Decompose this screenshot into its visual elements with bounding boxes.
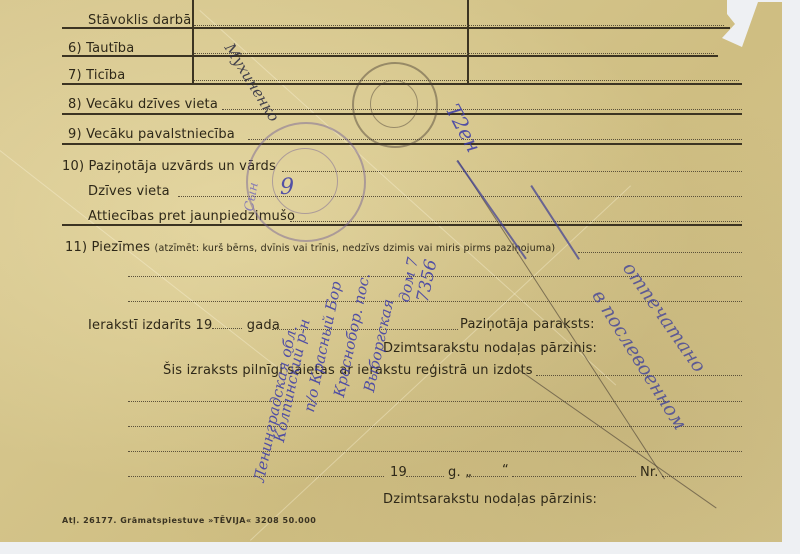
field-dots bbox=[290, 221, 742, 222]
field-dots bbox=[128, 451, 742, 452]
record-made-year: gada bbox=[247, 318, 280, 333]
rule-line bbox=[62, 27, 730, 29]
handwritten-number: 9 bbox=[280, 175, 294, 200]
field-dots bbox=[194, 25, 724, 26]
label-date-quote: “ bbox=[502, 463, 509, 478]
label-parents-residence: 8) Vecāku dzīves vieta bbox=[68, 97, 218, 112]
label-employment-status: Stāvoklis darbā bbox=[88, 13, 191, 28]
field-dots bbox=[578, 252, 742, 253]
column-divider bbox=[467, 0, 469, 84]
label-residence: Dzīves vieta bbox=[88, 184, 170, 199]
record-made-text: Ierakstī izdarīts 19 bbox=[88, 318, 212, 333]
field-dots bbox=[512, 476, 636, 477]
label-date-g: g. „ bbox=[448, 465, 472, 480]
label-notes: 11) Piezīmes (atzīmēt: kurš bērns, dvīni… bbox=[65, 240, 555, 255]
postal-stamp-inner bbox=[370, 80, 418, 128]
label-informant-signature: Paziņotāja paraksts: bbox=[460, 317, 595, 332]
label-parents-citizenship: 9) Vecāku pavalstniecība bbox=[68, 127, 235, 142]
notes-hint: (atzīmēt: kurš bērns, dvīnis vai trīnis,… bbox=[155, 243, 556, 254]
label-registry-head-1: Dzimtsarakstu nodaļas pārzinis: bbox=[383, 341, 597, 356]
field-dots bbox=[194, 53, 714, 54]
notes-label: 11) Piezīmes bbox=[65, 240, 150, 255]
label-registry-head-2: Dzimtsarakstu nodaļas pārzinis: bbox=[383, 492, 597, 507]
field-dots bbox=[194, 80, 739, 81]
printer-footer: Atļ. 26177. Grāmatspiestuve »TĒVIJA« 320… bbox=[62, 516, 316, 525]
field-dots bbox=[128, 401, 742, 402]
field-dots bbox=[406, 476, 444, 477]
label-nationality: 6) Tautība bbox=[68, 41, 134, 56]
label-date-year: 19 bbox=[390, 465, 407, 480]
rule-line bbox=[62, 224, 742, 226]
field-dots bbox=[222, 109, 742, 110]
label-religion: 7) Ticība bbox=[68, 68, 125, 83]
rule-line bbox=[62, 55, 718, 57]
column-divider bbox=[192, 0, 194, 84]
label-informant-name: 10) Paziņotāja uzvārds un vārds bbox=[62, 159, 276, 174]
field-dots bbox=[128, 426, 742, 427]
label-record-made: Ierakstī izdarīts 19 gada bbox=[88, 318, 280, 333]
